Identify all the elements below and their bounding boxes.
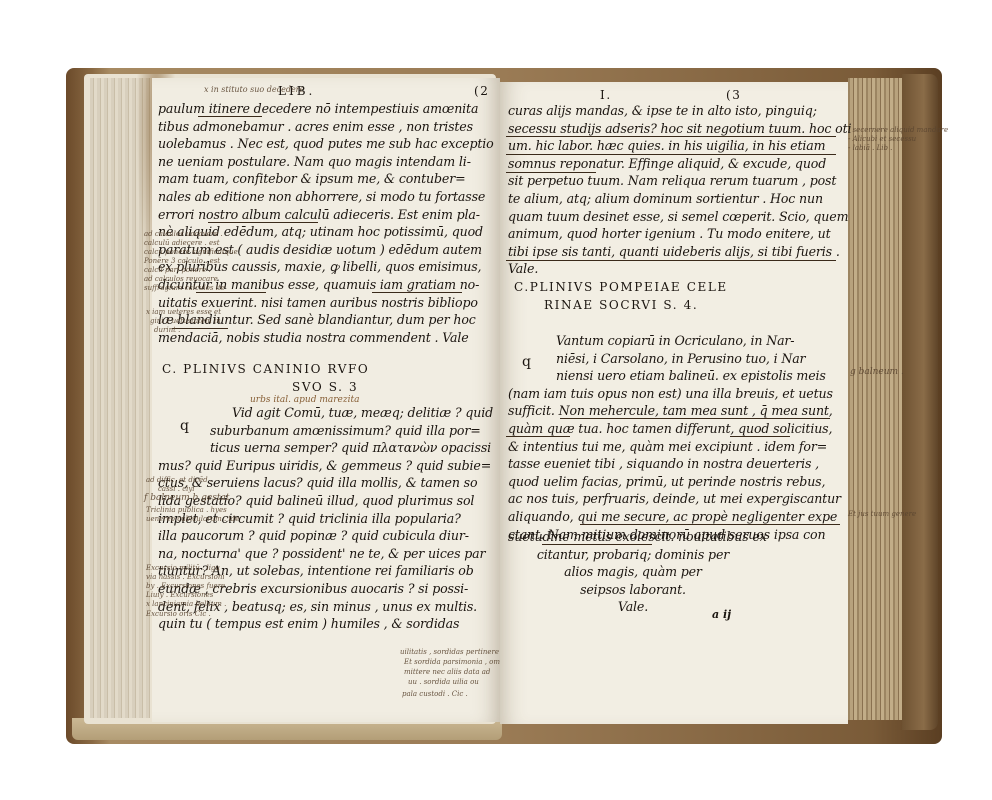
text-line: te alium, atq; alium dominum sortientur … bbox=[508, 190, 851, 208]
text-line: quàm quæ tua. hoc tamen differunt, quod … bbox=[508, 420, 841, 438]
folio-number: (2 bbox=[474, 82, 490, 100]
annotation-line: - secernere aliquid mandare bbox=[848, 126, 948, 135]
text-line: ac nos tuis, perfruaris, deinde, ut mei … bbox=[508, 490, 841, 508]
text-line: paulum itinere decedere nō intempestiuis… bbox=[158, 100, 494, 118]
annotation-line: suffragium calculos ite bbox=[144, 284, 225, 293]
right-binding-board bbox=[902, 74, 938, 730]
annotation-line: gini z uetustatem in bbox=[150, 317, 221, 326]
underline bbox=[506, 154, 836, 155]
underline bbox=[372, 292, 462, 293]
annotation-line: via nassis . Excursioni bbox=[146, 573, 225, 582]
text-line: seipsos laborant. bbox=[508, 581, 758, 599]
annotation-line: by . Excursiones fuere bbox=[146, 582, 225, 591]
text-line: suetudine metus exolescit. nouitatibus e… bbox=[508, 528, 758, 546]
letter-3-ending: curas alijs mandas, & ipse te in alto is… bbox=[508, 102, 851, 278]
text-line: errori nostro album calculū adieceris. E… bbox=[158, 206, 494, 224]
annotation-line: mittere nec aliis data ad bbox=[404, 668, 490, 677]
annotation-line: calcū pari ponere . bbox=[144, 266, 211, 275]
annotation-line: - Alicubi et secessu bbox=[848, 135, 916, 144]
underline bbox=[580, 524, 840, 525]
text-line: uolebamus . Nec est, quod putes me sub h… bbox=[158, 135, 494, 153]
annotation-line: x lanciniamia bellium . bbox=[146, 600, 226, 609]
underline bbox=[506, 172, 596, 173]
underline bbox=[560, 418, 830, 419]
text-line: mendaciā, nobis studia nostra commendent… bbox=[158, 329, 494, 347]
text-line: nales ab editione non abhorrere, si modo… bbox=[158, 188, 494, 206]
underline bbox=[198, 116, 262, 117]
underline bbox=[506, 436, 570, 437]
text-line: Vale. bbox=[508, 260, 851, 278]
annotation-line: Excursio militū . ligu bbox=[146, 564, 220, 573]
text-line: niensi uero etiam balineū. ex epistolis … bbox=[508, 367, 841, 385]
underline bbox=[542, 544, 652, 545]
text-line: curas alijs mandas, & ipse te in alto is… bbox=[508, 102, 851, 120]
text-line: illa paucorum ? quid popinæ ? quid cubic… bbox=[158, 527, 493, 545]
running-head: LIB. bbox=[278, 82, 315, 100]
annotation-line: x iam ueteres esse et bbox=[146, 308, 221, 317]
annotation-line: Liuiy . Excursiones bbox=[146, 591, 213, 600]
open-book: x in stituto suo decedere LIB. (2 paulum… bbox=[66, 68, 942, 744]
left-page: x in stituto suo decedere LIB. (2 paulum… bbox=[152, 78, 500, 722]
signature-mark: a ij bbox=[712, 608, 731, 621]
text-line: na, nocturna' que ? possident' ne te, & … bbox=[158, 545, 493, 563]
text-line: Vid agit Comū, tuæ, meæq; delitiæ ? quid bbox=[158, 404, 493, 422]
text-line: ticus uerna semper? quid πλατανὼν opacis… bbox=[158, 439, 493, 457]
text-line: quod uelim facias, primū, ut perinde nos… bbox=[508, 473, 841, 491]
right-page: I. (3 curas alijs mandas, & ipse te in a… bbox=[500, 82, 848, 724]
text-line: tibi ipse sis tanti, quanti uideberis al… bbox=[508, 243, 851, 261]
annotation-line: Et jus tuum genere bbox=[848, 510, 916, 519]
annotation-line: uenereo cubiculorum . ide bbox=[146, 515, 239, 524]
annotation-line: Excursio oris Cic . bbox=[146, 610, 211, 619]
text-line: animum, quod horter igenium . Tu modo en… bbox=[508, 225, 851, 243]
text-line: um. hic labor. hæc quies. in his uigilia… bbox=[508, 137, 851, 155]
annotation-line: uu . sordida uilia ou bbox=[408, 678, 479, 687]
text-line: secessu studijs adseris? hoc sit negotiu… bbox=[508, 120, 851, 138]
underline bbox=[506, 260, 836, 261]
annotation-line: f balneum b gestat bbox=[144, 494, 229, 503]
text-line: aliquando, qui me secure, ac propè negli… bbox=[508, 508, 841, 526]
annotation-line: Et sordida parsimonia , om bbox=[404, 658, 500, 667]
letter-2-heading-line2: SVO S. 3 bbox=[292, 378, 358, 396]
letter-4-heading-line2: RINAE SOCRVI S. 4. bbox=[544, 296, 698, 314]
annotation-line: ad calculos reuocare bbox=[144, 275, 218, 284]
text-line: citantur, probariq; dominis per bbox=[508, 546, 758, 564]
text-line: niēsi, i Carsolano, in Perusino tuo, i N… bbox=[508, 350, 841, 368]
annotation-line: - labiā . Lib . bbox=[848, 144, 892, 153]
text-line: alios magis, quàm per bbox=[508, 563, 758, 581]
underline bbox=[506, 136, 836, 137]
annotation-line: durint . bbox=[154, 326, 180, 335]
right-page-edges bbox=[848, 78, 902, 720]
letter-4-body: Vantum copiarū in Ocriculano, in Nar- ni… bbox=[508, 332, 841, 543]
text-line: mam tuam, confitebor & ipsum me, & contu… bbox=[158, 170, 494, 188]
text-line: somnus reponatur. Effinge aliquid, & exc… bbox=[508, 155, 851, 173]
text-line: tibus admonebamur . acres enim esse , no… bbox=[158, 118, 494, 136]
text-line: quam tuum desinet esse, si semel cœperit… bbox=[508, 208, 851, 226]
text-line: (nam iam tuis opus non est) una illa bre… bbox=[508, 385, 841, 403]
annotation-balneum: g balneum . bbox=[850, 368, 904, 377]
text-line: suburbanum amœnissimum? quid illa por= bbox=[158, 422, 493, 440]
underline bbox=[208, 222, 318, 223]
letter-2-heading: C. PLINIVS CANINIO RVFO bbox=[162, 360, 369, 378]
annotation-line: calculū adiecere . est bbox=[144, 239, 220, 248]
text-line: Vantum copiarū in Ocriculano, in Nar- bbox=[508, 332, 841, 350]
text-line: mus? quid Euripus uiridis, & gemmeus ? q… bbox=[158, 457, 493, 475]
annotation-line: calcu ponere significatque bbox=[144, 248, 238, 257]
annotation-line: pala custodi . Cic . bbox=[402, 690, 468, 699]
annotation-line: Triclinia publica . hyes bbox=[146, 506, 227, 515]
text-line: tasse eueniet tibi , siquando in nostra … bbox=[508, 455, 841, 473]
letter-4-heading: C.PLINIVS POMPEIAE CELE bbox=[514, 278, 728, 296]
annotation-line: Ponēre 3 calculo . est bbox=[144, 257, 220, 266]
text-line: ne ueniam postulare. Nam quo magis inten… bbox=[158, 153, 494, 171]
annotation-line: uilitatis , sordidas pertinere bbox=[400, 648, 499, 657]
text-line: sit perpetuo tuum. Nam reliqua rerum tua… bbox=[508, 172, 851, 190]
annotation-line: ad calculos uocavere . bbox=[144, 230, 223, 239]
annotation-line: ad diffic. et dicēd . bbox=[146, 476, 212, 485]
letter-4-closing: suetudine metus exolescit. nouitatibus e… bbox=[508, 528, 758, 616]
text-line: & intentius tui me, quàm mei excipiunt .… bbox=[508, 438, 841, 456]
underline bbox=[172, 328, 228, 329]
underline bbox=[730, 436, 790, 437]
